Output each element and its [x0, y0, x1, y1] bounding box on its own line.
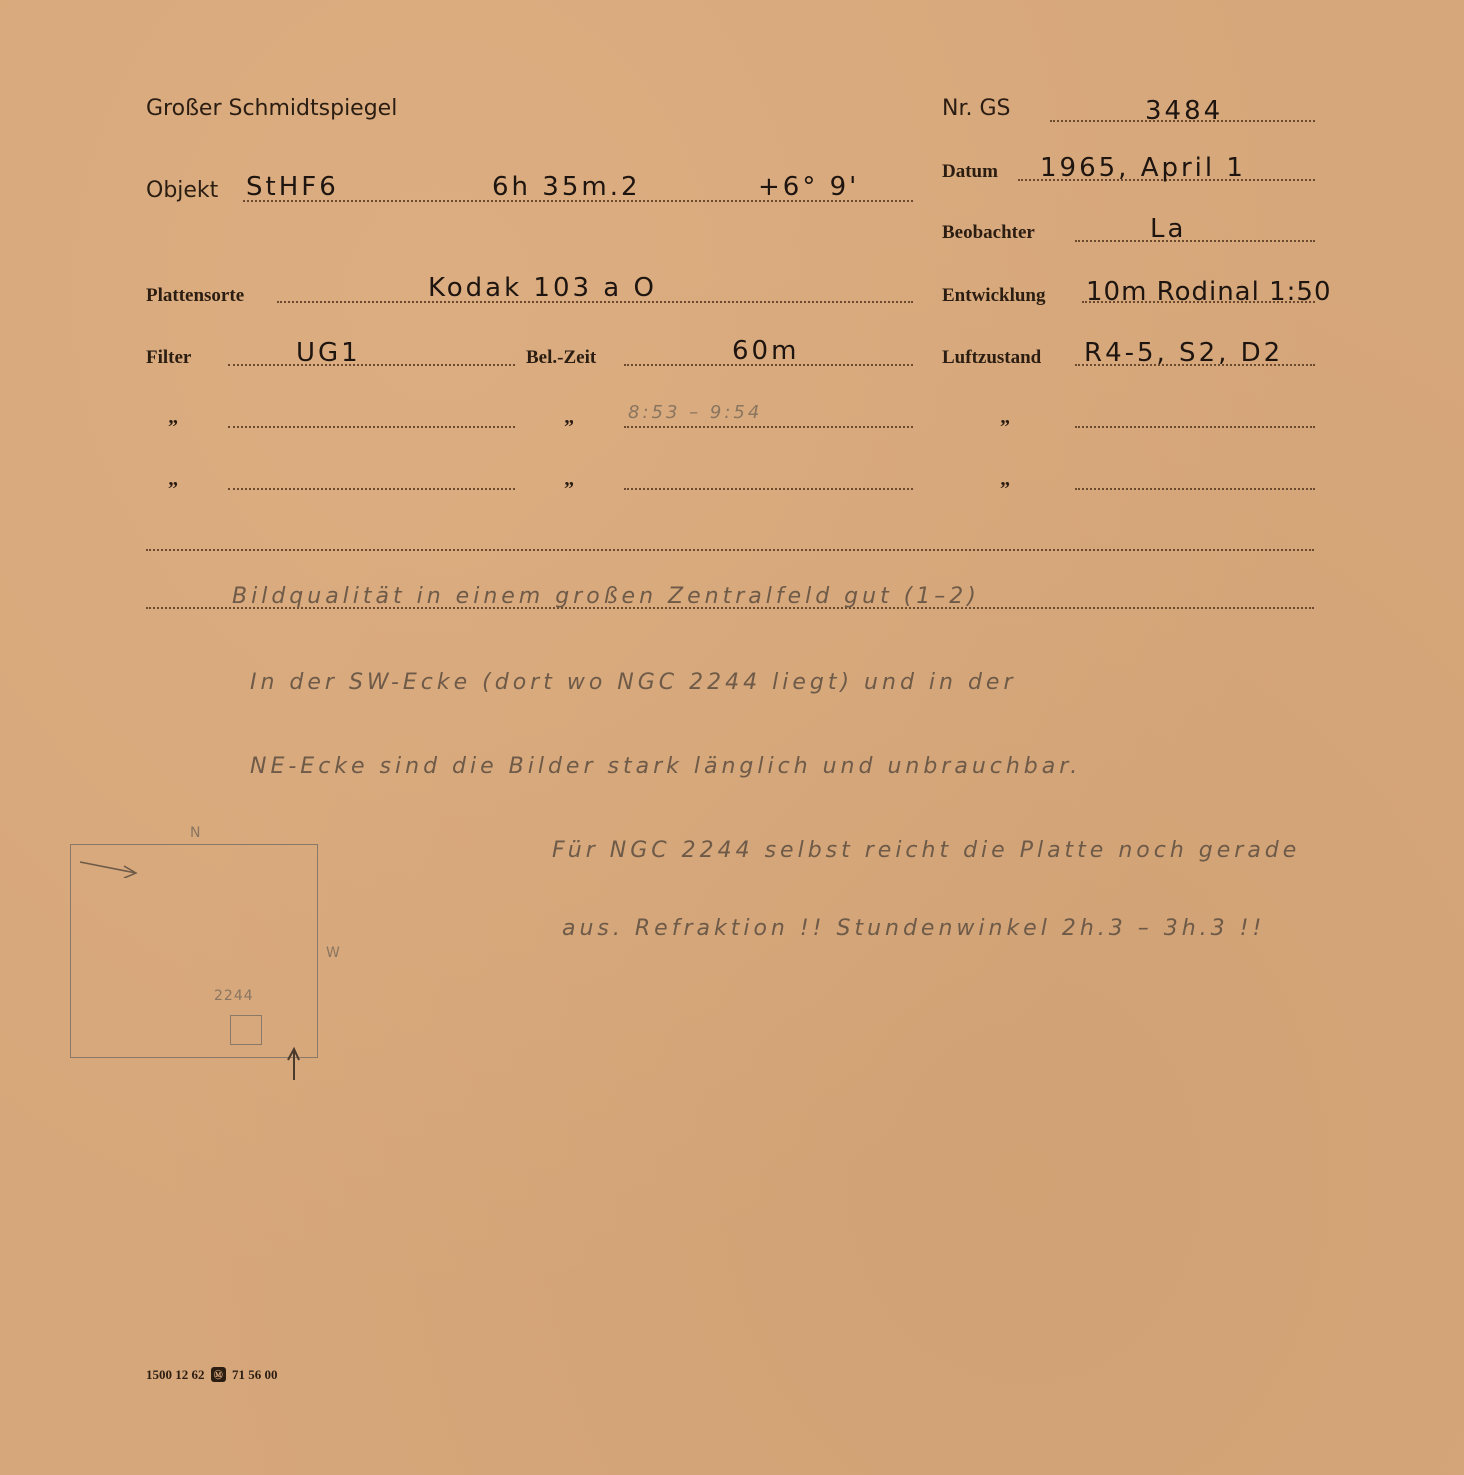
- objekt-dec: +6° 9': [758, 172, 859, 202]
- note-line-4: Für NGC 2244 selbst reicht die Platte no…: [552, 838, 1300, 863]
- datum-label: Datum: [942, 161, 998, 183]
- filter-label: Filter: [146, 347, 191, 369]
- note-line-3: NE-Ecke sind die Bilder stark länglich u…: [250, 754, 1081, 779]
- entwicklung-value: 10m Rodinal 1:50: [1086, 277, 1332, 307]
- ditto-mark: ”: [168, 478, 178, 501]
- belzeit-value: 60m: [732, 336, 799, 366]
- datum-value: 1965, April 1: [1040, 153, 1246, 183]
- plate-number-label: Nr. GS: [942, 96, 1010, 121]
- ditto-mark: ”: [1000, 478, 1010, 501]
- west-label: W: [326, 945, 343, 961]
- objekt-label: Objekt: [146, 178, 218, 203]
- ngc2244-box: [230, 1015, 262, 1045]
- print-code: 1500 12 62 Ⓜ 71 56 00: [146, 1367, 278, 1383]
- beobachter-line: [1075, 240, 1315, 242]
- arrow-right-icon: [78, 858, 140, 878]
- ditto-mark: ”: [564, 416, 574, 439]
- beobachter-label: Beobachter: [942, 222, 1035, 244]
- ditto-line: [624, 426, 913, 428]
- north-label: N: [190, 825, 203, 841]
- remark-line: [146, 549, 1314, 551]
- plate-number-value: 3484: [1145, 96, 1223, 126]
- beobachter-value: La: [1150, 214, 1186, 244]
- document-title: Großer Schmidtspiegel: [146, 96, 397, 121]
- ditto-line: [228, 488, 515, 490]
- ditto-mark: ”: [168, 416, 178, 439]
- note-line-1: Bildqualität in einem großen Zentralfeld…: [232, 584, 980, 609]
- ditto-line: [228, 426, 515, 428]
- belzeit-label: Bel.-Zeit: [526, 347, 596, 369]
- luftzustand-value: R4-5, S2, D2: [1084, 338, 1283, 368]
- plattensorte-value: Kodak 103 a O: [428, 273, 657, 303]
- note-line-5: aus. Refraktion !! Stundenwinkel 2h.3 – …: [562, 916, 1265, 941]
- exposure-time-range: 8:53 – 9:54: [628, 402, 762, 423]
- ditto-line: [1075, 426, 1315, 428]
- ditto-line: [624, 488, 913, 490]
- arrow-up-icon: [286, 1046, 302, 1082]
- ditto-line: [1075, 488, 1315, 490]
- ditto-mark: ”: [1000, 416, 1010, 439]
- filter-value: UG1: [296, 338, 361, 368]
- note-line-2: In der SW-Ecke (dort wo NGC 2244 liegt) …: [250, 670, 1017, 695]
- luftzustand-label: Luftzustand: [942, 347, 1041, 369]
- filter-line: [228, 364, 515, 366]
- ngc2244-label: 2244: [214, 988, 254, 1004]
- entwicklung-label: Entwicklung: [942, 285, 1045, 307]
- print-code-left: 1500 12 62: [146, 1367, 205, 1382]
- printer-logo-icon: Ⓜ: [211, 1367, 226, 1382]
- objekt-ra: 6h 35m.2: [492, 172, 641, 202]
- ditto-mark: ”: [564, 478, 574, 501]
- objekt-name: StHF6: [246, 172, 339, 202]
- plattensorte-label: Plattensorte: [146, 285, 244, 307]
- plate-sketch: N W 2244: [60, 820, 350, 1090]
- print-code-right: 71 56 00: [232, 1367, 278, 1382]
